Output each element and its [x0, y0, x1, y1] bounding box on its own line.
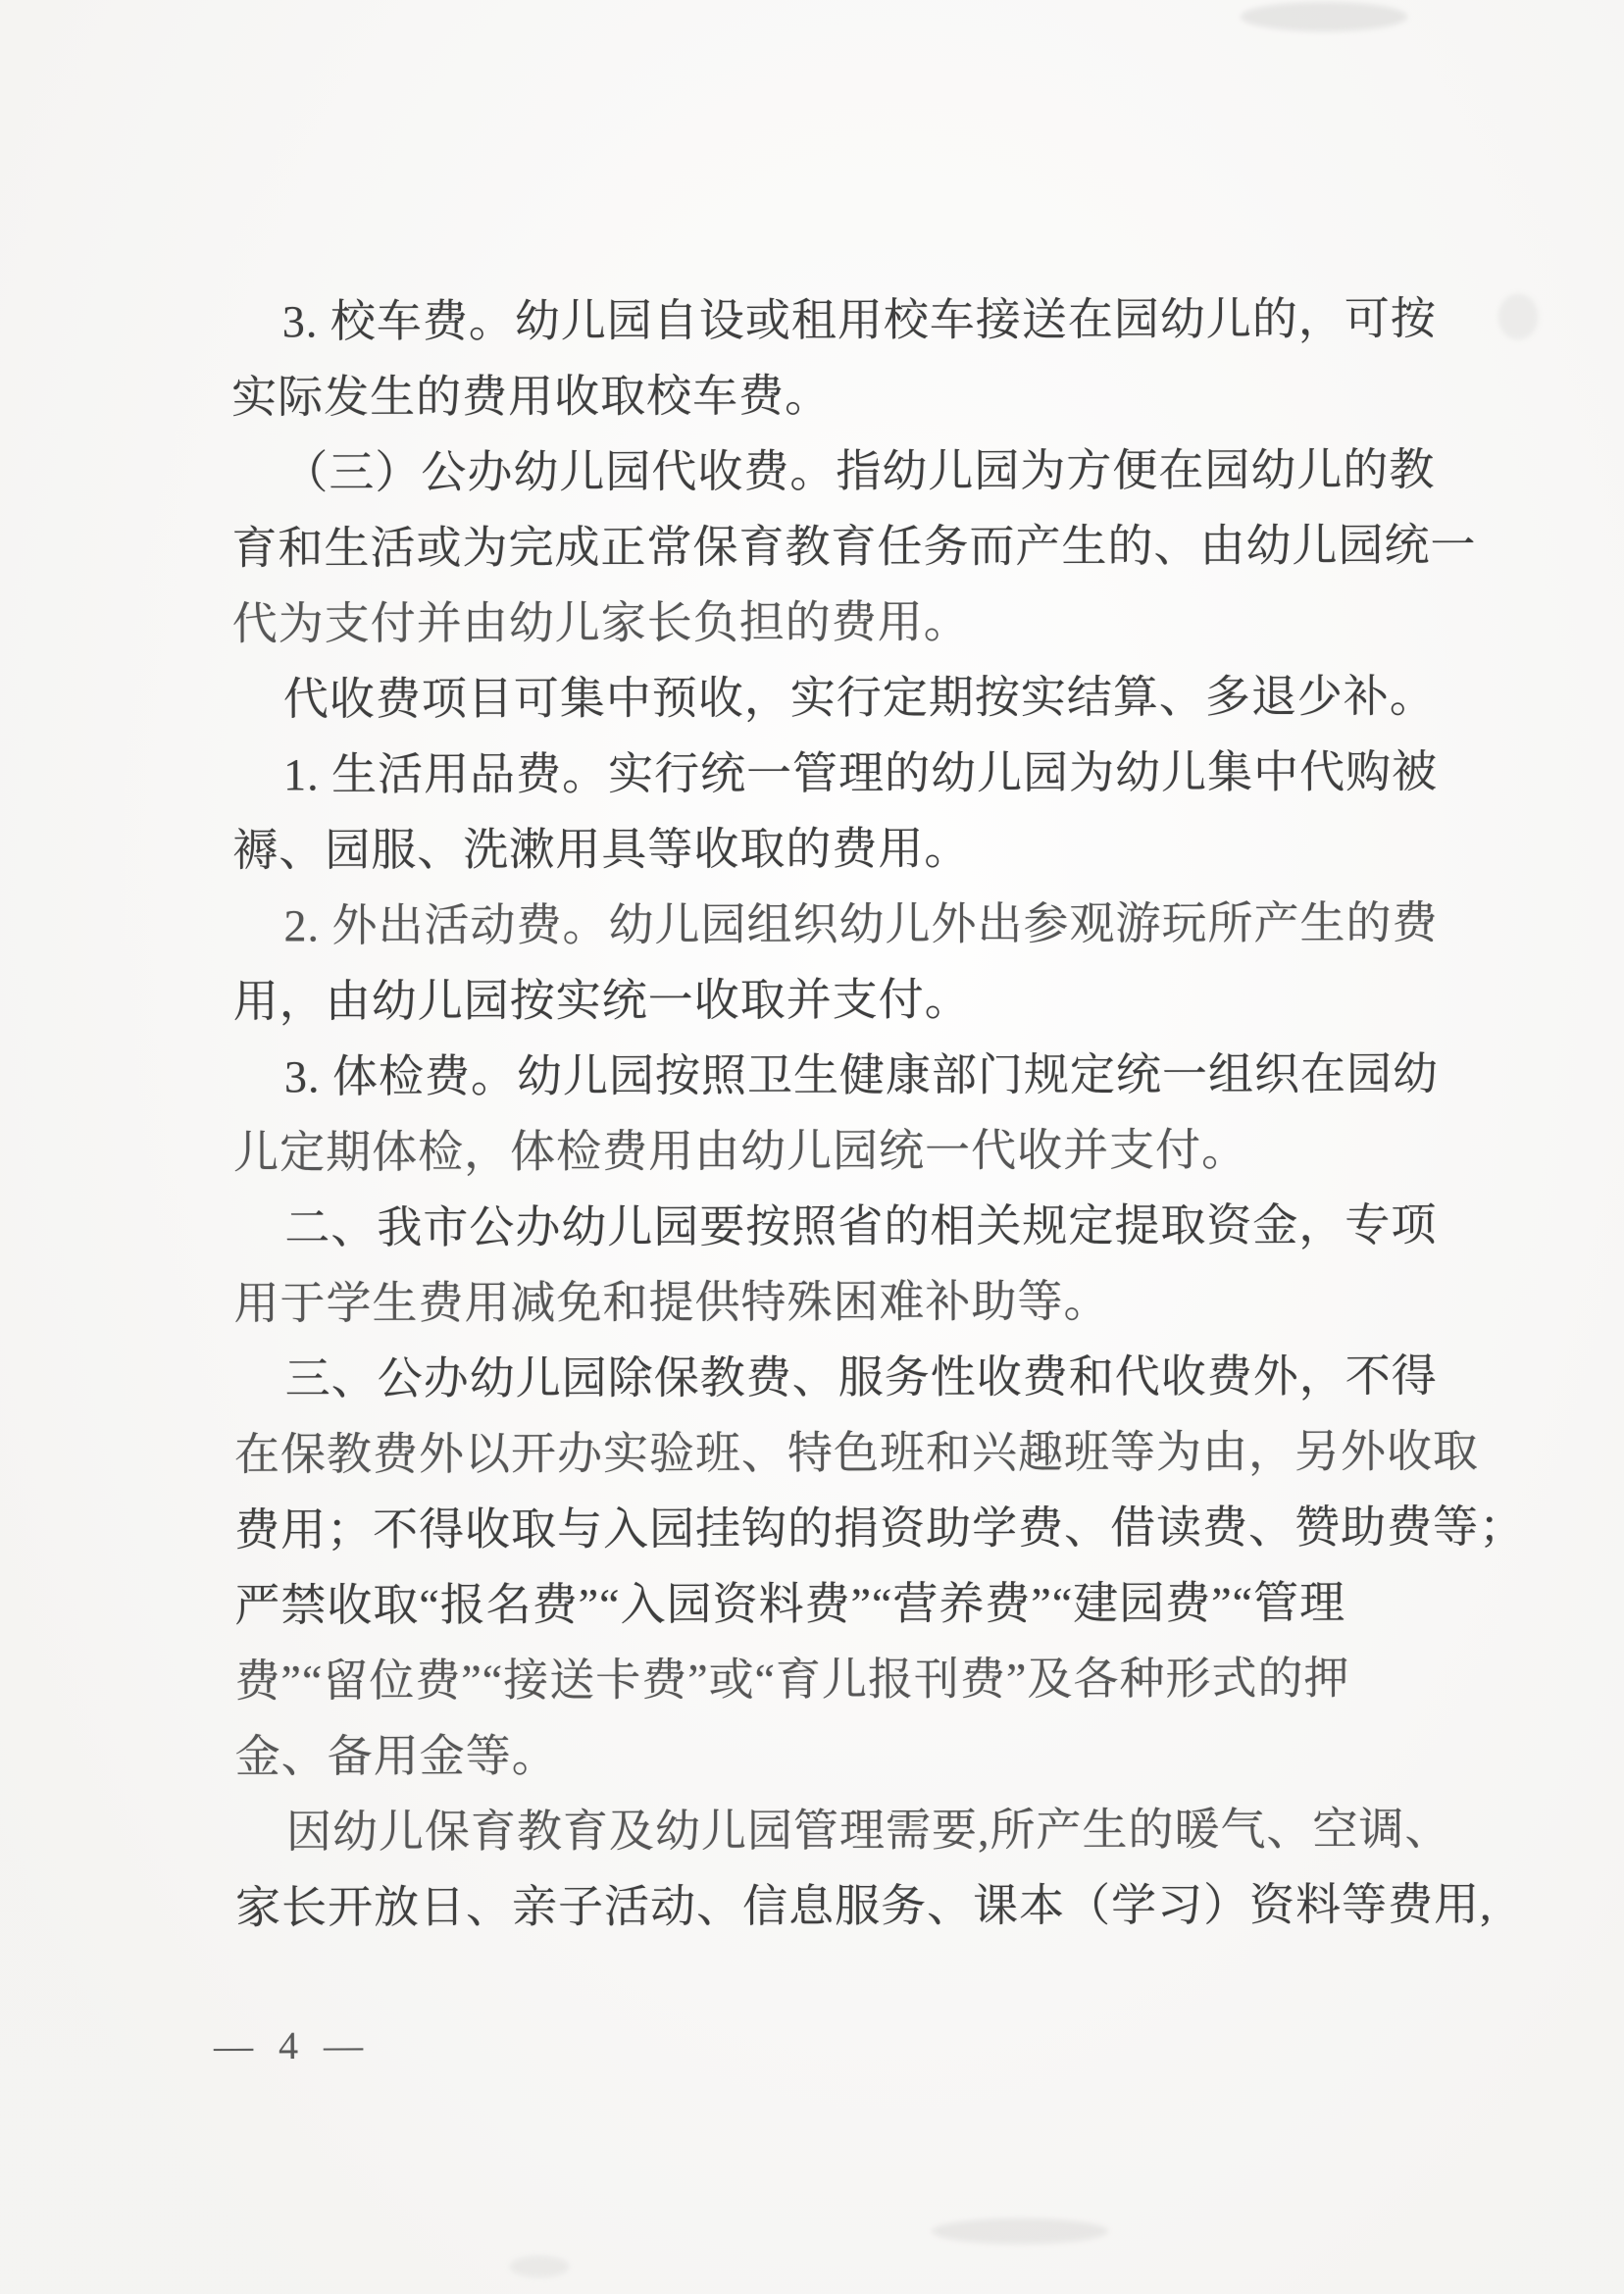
page-number: — 4 — [214, 2022, 371, 2069]
text-line: 代收费项目可集中预收，实行定期按实结算、多退少补。 [232, 658, 1409, 737]
text-line: 3. 校车费。幼儿园自设或租用校车接送在园幼儿的，可按 [231, 280, 1408, 359]
text-line: （三）公办幼儿园代收费。指幼儿园为方便在园幼儿的教 [231, 432, 1408, 510]
text-line: 用于学生费用减免和提供特殊困难补助等。 [233, 1262, 1410, 1341]
text-line: 1. 生活用品费。实行统一管理的幼儿园为幼儿集中代购被 [232, 734, 1409, 812]
text-line: 用，由幼儿园按实统一收取并支付。 [233, 960, 1410, 1039]
text-line: 育和生活或为完成正常保育教育任务而产生的、由幼儿园统一 [231, 507, 1408, 586]
text-line: 儿定期体检，体检费用由幼儿园统一代收并支付。 [233, 1111, 1410, 1190]
document-text-block: 3. 校车费。幼儿园自设或租用校车接送在园幼儿的，可按实际发生的费用收取校车费。… [231, 280, 1412, 1945]
scan-smudge [1241, 2, 1407, 31]
scanned-document-page: 3. 校车费。幼儿园自设或租用校车接送在园幼儿的，可按实际发生的费用收取校车费。… [0, 0, 1624, 2294]
scan-smudge [510, 2256, 569, 2277]
text-line: 3. 体检费。幼儿园按照卫生健康部门规定统一组织在园幼 [233, 1036, 1410, 1114]
text-line: 2. 外出活动费。幼儿园组织幼儿外出参观游玩所产生的费 [232, 885, 1409, 963]
scan-smudge [1498, 294, 1538, 339]
text-line: 费用；不得收取与入园挂钩的捐资助学费、借读费、赞助费等； [234, 1489, 1411, 1567]
text-line: 家长开放日、亲子活动、信息服务、课本（学习）资料等费用, [235, 1866, 1412, 1945]
text-line: 严禁收取“报名费”“入园资料费”“营养费”“建园费”“管理 [234, 1564, 1411, 1643]
text-line: 费”“留位费”“接送卡费”或“育儿报刊费”及各种形式的押 [234, 1640, 1411, 1718]
text-line: 实际发生的费用收取校车费。 [231, 356, 1408, 434]
text-line: 褥、园服、洗漱用具等收取的费用。 [232, 809, 1409, 888]
text-line: 三、公办幼儿园除保教费、服务性收费和代收费外，不得 [234, 1338, 1411, 1416]
text-line: 因幼儿保育教育及幼儿园管理需要,所产生的暖气、空调、 [235, 1791, 1412, 1869]
text-line: 在保教费外以开办实验班、特色班和兴趣班等为由，另外收取 [234, 1413, 1411, 1492]
text-line: 代为支付并由幼儿家长负担的费用。 [232, 583, 1409, 661]
scan-smudge [932, 2218, 1108, 2244]
text-line: 金、备用金等。 [235, 1715, 1412, 1794]
text-line: 二、我市公办幼儿园要按照省的相关规定提取资金，专项 [233, 1187, 1410, 1265]
